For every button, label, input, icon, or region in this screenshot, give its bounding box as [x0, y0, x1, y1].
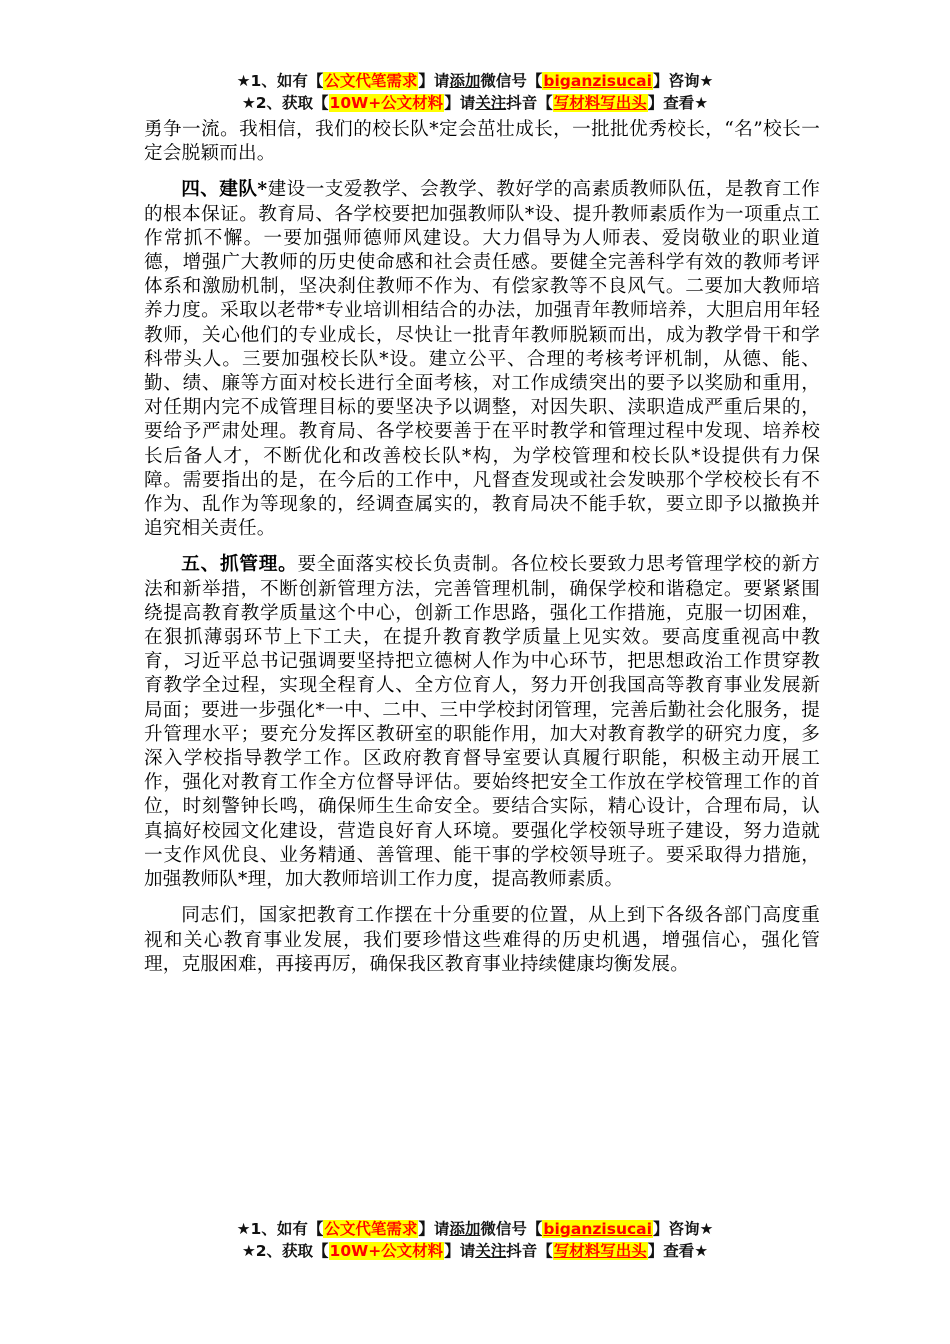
banner-line-2-prefix: ★2、获取【: [242, 1242, 329, 1260]
section-heading-four: 四、建队*: [181, 179, 267, 200]
banner-line-2-mid2: 抖音【: [506, 94, 553, 112]
wechat-id: biganzisucai: [542, 72, 653, 90]
paragraph-section-four: 四、建队*建设一支爱教学、会教学、教好学的高素质教师队伍，是教育工作的根本保证。…: [144, 178, 820, 541]
section-heading-five: 五、抓管理。: [181, 554, 297, 575]
banner-line-2-suffix: 】查看★: [648, 1242, 708, 1260]
underlined-add: 添加: [449, 72, 480, 90]
footer-banner: ★1、如有【公文代笔需求】请添加微信号【biganzisucai】咨询★ ★2、…: [0, 1218, 950, 1262]
banner-line-2-prefix: ★2、获取【: [242, 94, 329, 112]
underlined-add: 添加: [449, 1220, 480, 1238]
douyin-account: 写材料写出头: [553, 94, 648, 112]
paragraph-text: 同志们，国家把教育工作摆在十分重要的位置，从上到下各级各部门高度重视和关心教育事…: [144, 905, 820, 974]
banner-line-1-mid: 】请: [418, 1220, 449, 1238]
banner-line-2-mid2: 抖音【: [506, 1242, 553, 1260]
banner-line-1-mid2: 微信号【: [480, 72, 542, 90]
banner-line-1-mid2: 微信号【: [480, 1220, 542, 1238]
highlight-materials: 10W+公文材料: [329, 94, 445, 112]
banner-line-1-mid: 】请: [418, 72, 449, 90]
banner-line-2-mid: 】请: [444, 1242, 475, 1260]
banner-line-1: ★1、如有【公文代笔需求】请添加微信号【biganzisucai】咨询★: [0, 1218, 950, 1240]
banner-line-2-mid: 】请: [444, 94, 475, 112]
highlight-writing-service: 公文代笔需求: [323, 72, 418, 90]
paragraph-closing: 同志们，国家把教育工作摆在十分重要的位置，从上到下各级各部门高度重视和关心教育事…: [144, 904, 820, 977]
header-banner: ★1、如有【公文代笔需求】请添加微信号【biganzisucai】咨询★ ★2、…: [0, 70, 950, 114]
highlight-materials: 10W+公文材料: [329, 1242, 445, 1260]
banner-line-1-suffix: 】咨询★: [653, 1220, 713, 1238]
wechat-id: biganzisucai: [542, 1220, 653, 1238]
underlined-follow: 关注: [475, 1242, 506, 1260]
douyin-account: 写材料写出头: [553, 1242, 648, 1260]
banner-line-1-prefix: ★1、如有【: [237, 1220, 324, 1238]
paragraph-text: 要全面落实校长负责制。各位校长要致力思考管理学校的新方法和新举措，不断创新管理方…: [144, 554, 820, 890]
paragraph-text: 建设一支爱教学、会教学、教好学的高素质教师队伍，是教育工作的根本保证。教育局、各…: [144, 179, 820, 539]
banner-line-2-suffix: 】查看★: [648, 94, 708, 112]
highlight-writing-service: 公文代笔需求: [323, 1220, 418, 1238]
paragraph-text: 勇争一流。我相信，我们的校长队*定会茁壮成长，一批批优秀校长，“名”校长一定会脱…: [144, 119, 820, 164]
banner-line-1: ★1、如有【公文代笔需求】请添加微信号【biganzisucai】咨询★: [0, 70, 950, 92]
banner-line-2: ★2、获取【10W+公文材料】请关注抖音【写材料写出头】查看★: [0, 1240, 950, 1262]
banner-line-1-suffix: 】咨询★: [653, 72, 713, 90]
banner-line-1-prefix: ★1、如有【: [237, 72, 324, 90]
banner-line-2: ★2、获取【10W+公文材料】请关注抖音【写材料写出头】查看★: [0, 92, 950, 114]
document-body: 勇争一流。我相信，我们的校长队*定会茁壮成长，一批批优秀校长，“名”校长一定会脱…: [144, 118, 820, 989]
underlined-follow: 关注: [475, 94, 506, 112]
paragraph-section-five: 五、抓管理。要全面落实校长负责制。各位校长要致力思考管理学校的新方法和新举措，不…: [144, 553, 820, 892]
paragraph-continuation: 勇争一流。我相信，我们的校长队*定会茁壮成长，一批批优秀校长，“名”校长一定会脱…: [144, 118, 820, 166]
